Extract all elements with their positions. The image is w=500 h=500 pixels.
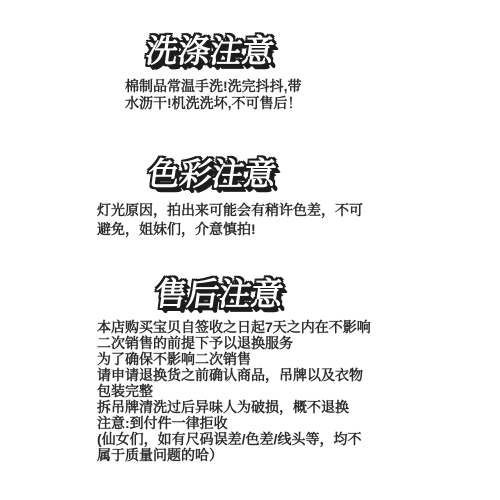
aftersale-notice-title: 售后注意 xyxy=(153,278,286,311)
color-notice-title: 色彩注意 xyxy=(146,158,279,191)
aftersale-notice-text: 本店购买宝贝自签收之日起7天之内在不影响 二次销售的前提下予以退换服务 为了确保… xyxy=(97,319,371,463)
notice-poster: 洗涤注意 棉制品常温手洗!洗完抖抖,带 水沥干!机洗洗坏,不可售后！ 色彩注意 … xyxy=(0,0,500,500)
washing-notice-text: 棉制品常温手洗!洗完抖抖,带 水沥干!机洗洗坏,不可售后！ xyxy=(125,78,302,112)
washing-notice-title: 洗涤注意 xyxy=(144,35,277,68)
color-notice-text: 灯光原因，拍出来可能会有稍许色差，不可 避免，姐妹们，介意慎拍! xyxy=(97,201,363,239)
